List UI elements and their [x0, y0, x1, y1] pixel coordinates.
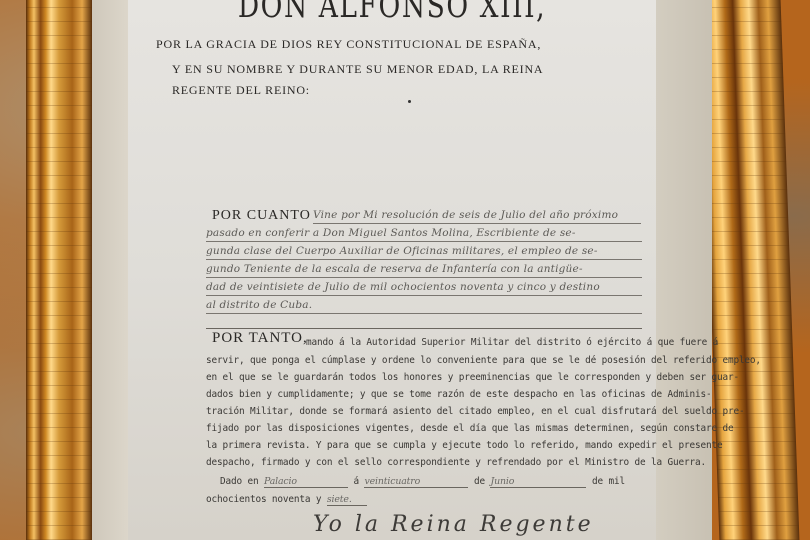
intro-line-3: REGENTE DEL REINO:: [172, 83, 310, 98]
intro-line-2: Y EN SU NOMBRE Y DURANTE SU MENOR EDAD, …: [172, 62, 543, 77]
dated-line: Dado en Palacio á veinticuatro de Junio …: [220, 476, 625, 488]
dated-de: de: [474, 476, 485, 487]
handwritten-line-4: gundo Teniente de la escala de reserva d…: [206, 262, 642, 278]
body-line-6: fijado por las disposiciones vigentes, d…: [206, 423, 733, 434]
dated-place: Palacio: [264, 476, 348, 488]
mat-border-left: [92, 0, 128, 540]
year-suffix: siete.: [327, 494, 367, 506]
por-cuanto-label: POR CUANTO: [212, 208, 311, 224]
body-line-4: dados bien y cumplidamente; y que se tom…: [206, 389, 711, 400]
handwritten-line-6: al distrito de Cuba.: [206, 298, 642, 314]
royal-signature: Yo la Reina Regente: [313, 512, 594, 537]
gilded-frame-left: [26, 0, 92, 540]
handwritten-line-1: Vine por Mi resolución de seis de Julio …: [313, 208, 641, 224]
ink-spot: [408, 100, 411, 103]
body-line-3: en el que se le guardarán todos los hono…: [206, 372, 739, 383]
year-prefix: ochocientos noventa y: [206, 494, 321, 505]
dated-a: á: [353, 476, 359, 487]
dated-de-mil: de mil: [592, 476, 625, 487]
handwritten-line-2: pasado en conferir a Don Miguel Santos M…: [206, 226, 642, 242]
dated-prefix: Dado en: [220, 476, 258, 487]
intro-line-1: POR LA GRACIA DE DIOS REY CONSTITUCIONAL…: [156, 37, 541, 52]
dated-year-line: ochocientos noventa y siete.: [206, 494, 367, 506]
handwritten-line-5: dad de veintisiete de Julio de mil ochoc…: [206, 280, 642, 296]
body-line-5: tración Militar, donde se formará asient…: [206, 406, 744, 417]
dated-month: Junio: [490, 476, 586, 488]
body-line-2: servir, que ponga el cúmplase y ordene l…: [206, 355, 761, 366]
por-tanto-label: POR TANTO,: [212, 330, 308, 347]
body-line-7: la primera revista. Y para que se cumpla…: [206, 440, 722, 451]
dated-day: veinticuatro: [364, 476, 468, 488]
document-title: DON ALFONSO XIII,: [186, 0, 598, 26]
handwritten-line-3: gunda clase del Cuerpo Auxiliar de Ofici…: [206, 244, 642, 260]
body-line-1: mando á la Autoridad Superior Militar de…: [306, 337, 718, 348]
section-divider: [206, 328, 642, 329]
body-line-8: despacho, firmado y con el sello corresp…: [206, 457, 706, 468]
framed-document: DON ALFONSO XIII, POR LA GRACIA DE DIOS …: [128, 0, 656, 540]
